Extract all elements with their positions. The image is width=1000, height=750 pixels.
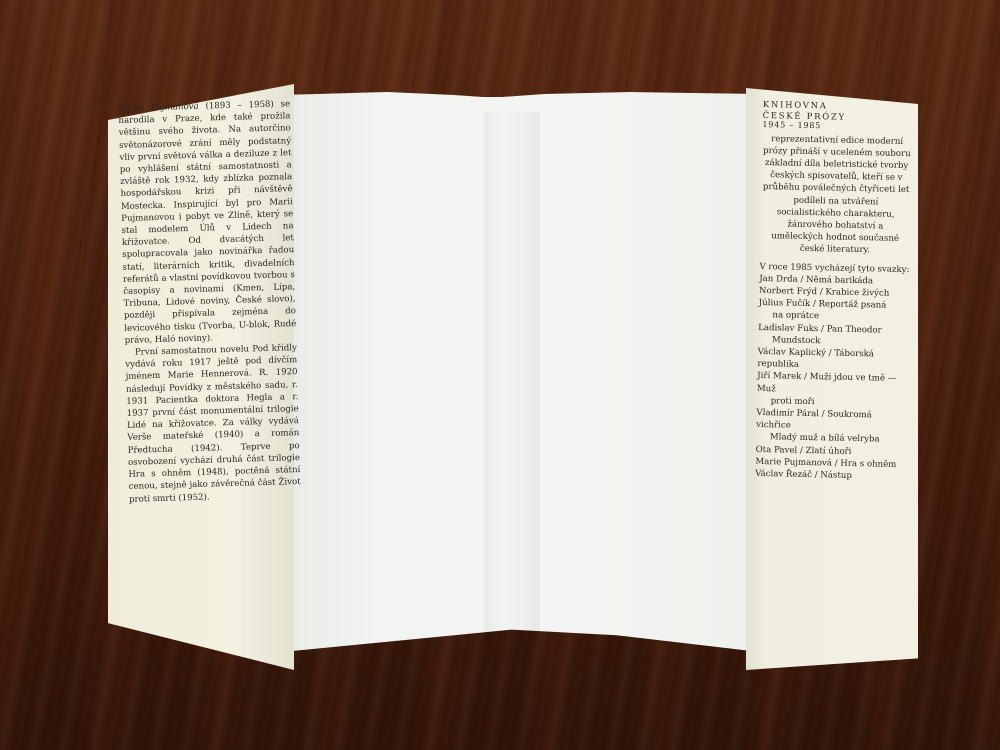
biography-paragraph: Marie Pujmanová (1893 – 1958) se narodil… [118,98,297,347]
series-info: KNIHOVNA ČESKÉ PRÓZY 1945 – 1985 repreze… [755,99,913,483]
series-years: 1945 – 1985 [762,120,912,134]
title-entry: Václav Kaplický / Táborská republika [757,346,907,374]
author-biography: Marie Pujmanová (1893 – 1958) se narodil… [118,98,301,505]
author-name: Marie Pujmanová [118,102,199,114]
title-entry: Ladislav Fuks / Pan TheodorMundstock [758,321,908,349]
book-jacket: Marie Pujmanová (1893 – 1958) se narodil… [0,0,1000,750]
title-entry: Vladimír Páral / Soukromá vichřiceMladý … [756,407,907,447]
biography-paragraph: První samostatnou novelu Pod křídly vydá… [125,342,301,505]
jacket-spine-fold [484,112,540,642]
titles-list: Jan Drda / Němá barikáda Norbert Frýd / … [755,273,909,484]
title-entry: Július Fučík / Reportáž psanána oprátce [758,297,908,325]
series-description: reprezentativní edice moderní prózy přin… [760,132,913,257]
title-entry: Jiří Marek / Muži jdou ve tmě — Mužproti… [757,370,908,410]
